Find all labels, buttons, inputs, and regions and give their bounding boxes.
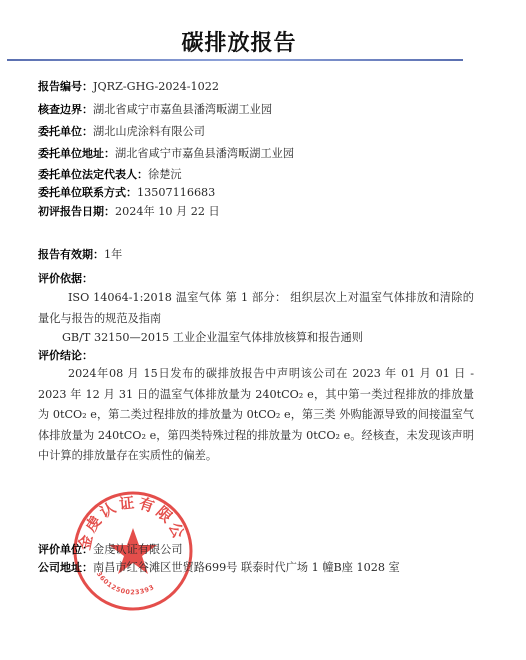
field-label: 委托单位：	[38, 125, 93, 138]
field-value: 湖北山虎涂料有限公司	[93, 125, 205, 138]
field-label: 委托单位法定代表人：	[38, 168, 148, 181]
field-label: 报告有效期：	[38, 248, 104, 261]
field-value: 2024年 10 月 22 日	[115, 205, 220, 218]
field-initial-report-date: 初评报告日期：2024年 10 月 22 日	[38, 205, 220, 219]
title-divider	[7, 59, 463, 61]
conclusion-text: 2024年08 月 15日发布的碳排放报告中声明该公司在 2023 年 01 月…	[38, 364, 474, 467]
evaluator-unit: 评价单位：金虔认证有限公司	[38, 543, 183, 557]
field-value: 南昌市红谷滩区世贸路699号 联泰时代广场 1 幢B座 1028 室	[93, 561, 400, 574]
field-value: 湖北省咸宁市嘉鱼县潘湾畈湖工业园	[93, 103, 272, 116]
field-legal-representative: 委托单位法定代表人：徐楚沅	[38, 168, 182, 182]
field-value: 13507116683	[137, 186, 215, 199]
document-title: 碳排放报告	[0, 26, 478, 57]
field-client-address: 委托单位地址：湖北省咸宁市嘉鱼县潘湾畈湖工业园	[38, 147, 294, 161]
field-label: 评价单位：	[38, 543, 93, 556]
field-report-number: 报告编号：JQRZ-GHG-2024-1022	[38, 80, 219, 94]
field-label: 报告编号：	[38, 80, 93, 93]
basis-item-gbt: GB/T 32150—2015 工业企业温室气体排放核算和报告通则	[62, 328, 474, 349]
field-value: 徐楚沅	[148, 168, 182, 181]
field-value: 湖北省咸宁市嘉鱼县潘湾畈湖工业园	[115, 147, 294, 160]
field-contact: 委托单位联系方式：13507116683	[38, 186, 215, 200]
field-label: 委托单位地址：	[38, 147, 115, 160]
field-validity: 报告有效期：1年	[38, 248, 122, 262]
field-verification-boundary: 核查边界：湖北省咸宁市嘉鱼县潘湾畈湖工业园	[38, 103, 272, 117]
field-label: 核查边界：	[38, 103, 93, 116]
field-value: 金虔认证有限公司	[93, 543, 183, 556]
section-label: 评价依据：	[38, 272, 93, 285]
conclusion-heading: 评价结论：	[38, 349, 93, 363]
field-label: 委托单位联系方式：	[38, 186, 137, 199]
field-value: JQRZ-GHG-2024-1022	[93, 80, 219, 93]
field-client: 委托单位：湖北山虎涂料有限公司	[38, 125, 205, 139]
field-label: 公司地址：	[38, 561, 93, 574]
section-label: 评价结论：	[38, 349, 93, 362]
basis-heading: 评价依据：	[38, 272, 93, 286]
field-value: 1年	[104, 248, 122, 261]
basis-item-iso: ISO 14064-1:2018 温室气体 第 1 部分： 组织层次上对温室气体…	[38, 288, 474, 329]
evaluator-address: 公司地址：南昌市红谷滩区世贸路699号 联泰时代广场 1 幢B座 1028 室	[38, 561, 400, 575]
field-label: 初评报告日期：	[38, 205, 115, 218]
